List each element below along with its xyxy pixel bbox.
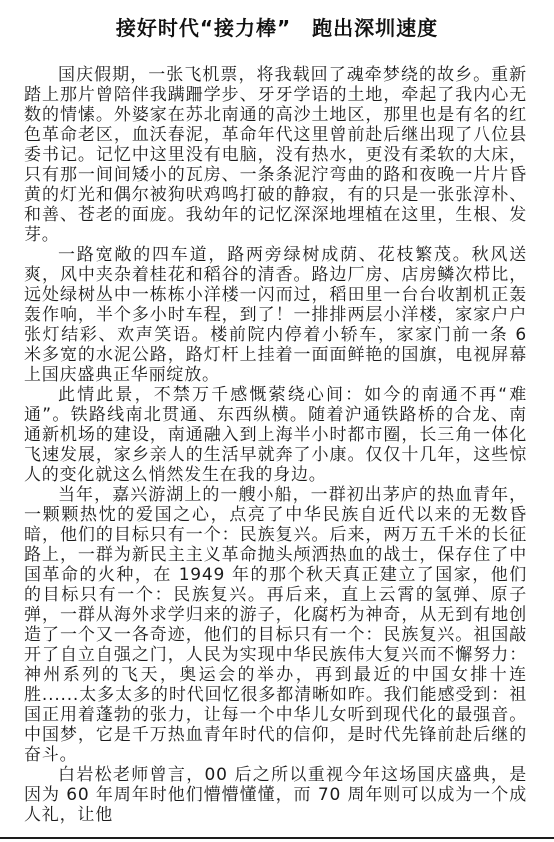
document-title: 接好时代“接力棒” 跑出深圳速度	[0, 0, 554, 41]
paragraph-nantong-change: 此情此景，不禁万千感慨萦绕心间：如今的南通不再“难通”。铁路线南北贯通、东西纵横…	[24, 385, 527, 485]
document-page: 接好时代“接力棒” 跑出深圳速度 国庆假期，一张飞机票，将我载回了魂牵梦绕的故乡…	[0, 0, 554, 842]
paragraph-national-rejuvenation: 当年，嘉兴游湖上的一艘小船，一群初出茅庐的热血青年，一颗颗热忱的爱国之心，点亮了…	[24, 485, 527, 765]
paragraph-baiyansong-quote: 白岩松老师曾言，00 后之所以重视今年这场国庆盛典，是因为 60 年周年时他们懵…	[24, 765, 527, 825]
paragraph-countryside-road: 一路宽敞的四车道，路两旁绿树成荫、花枝繁茂。秋风送爽，风中夹杂着桂花和稻谷的清香…	[24, 245, 527, 385]
paragraph-homecoming: 国庆假期，一张飞机票，将我载回了魂牵梦绕的故乡。重新踏上那片曾陪伴我蹒跚学步、牙…	[24, 65, 527, 245]
page-bottom-edge	[0, 837, 554, 839]
document-body: 国庆假期，一张飞机票，将我载回了魂牵梦绕的故乡。重新踏上那片曾陪伴我蹒跚学步、牙…	[24, 65, 527, 825]
